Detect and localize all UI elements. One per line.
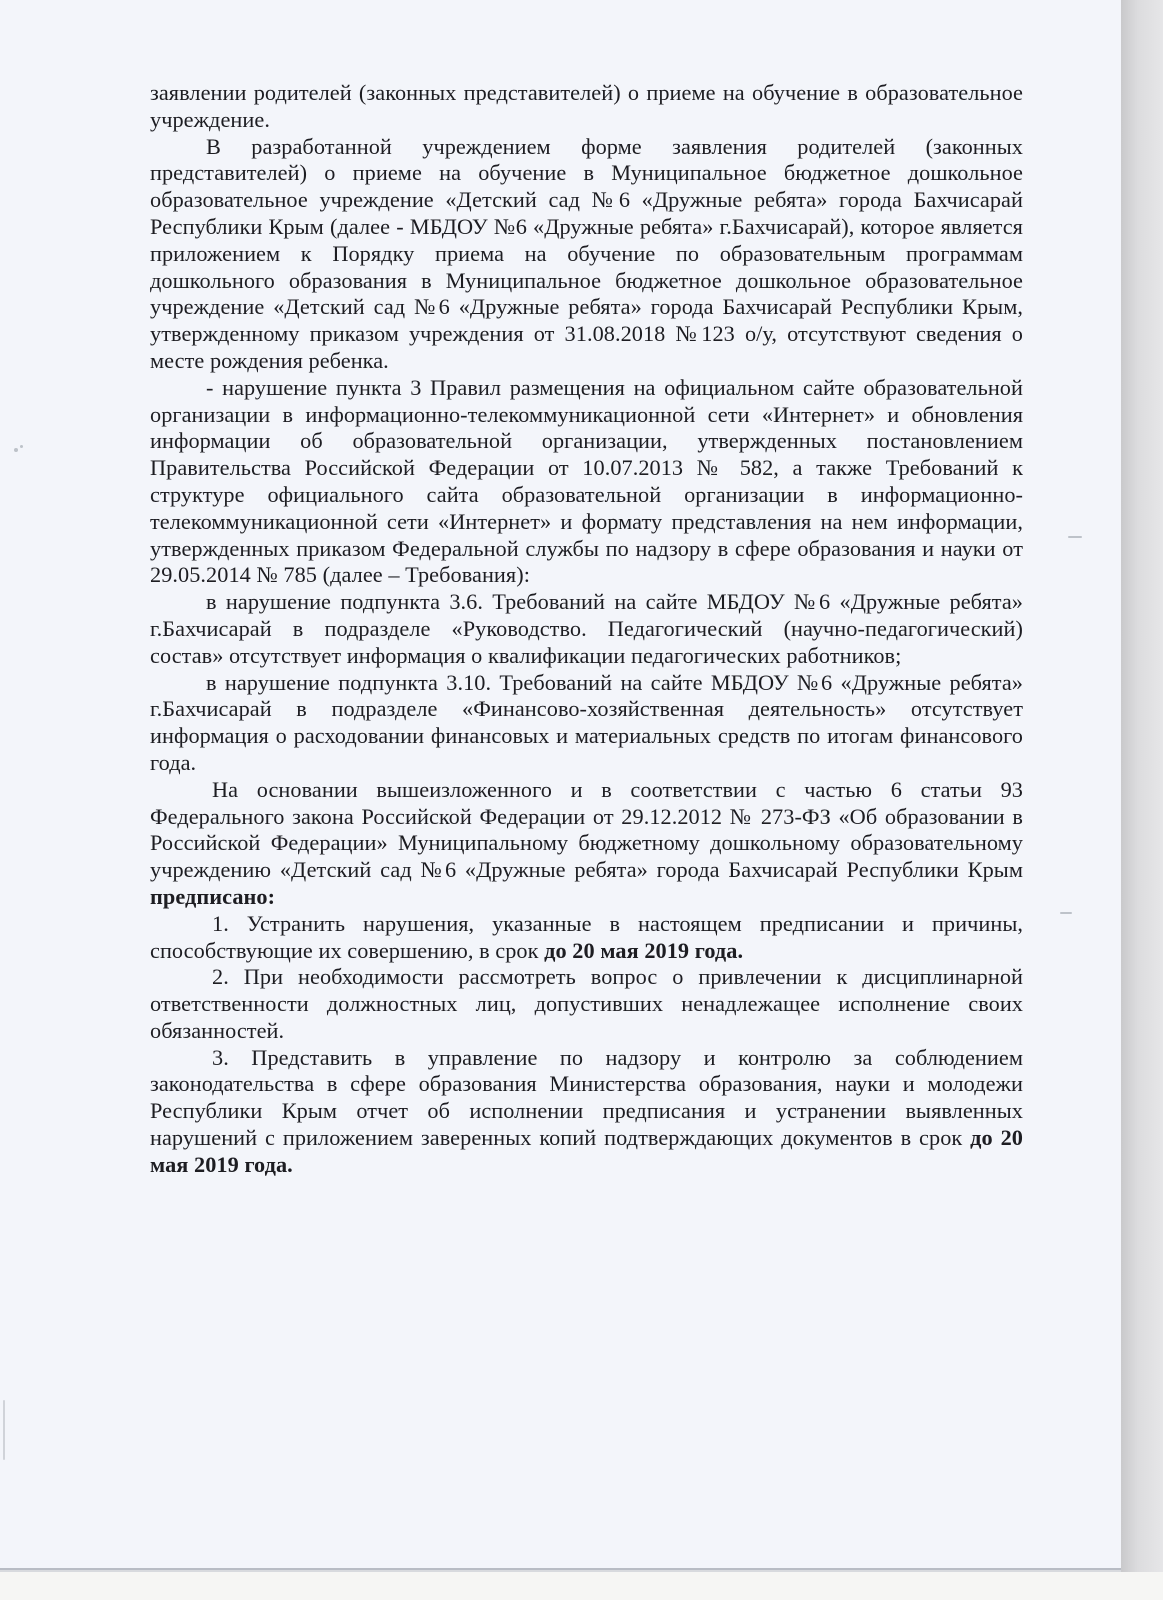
paragraph-item-2: 2. При необходимости рассмотреть вопрос … [150, 964, 1023, 1044]
paragraph-text: В разработанной учреждением форме заявле… [150, 134, 1023, 373]
paragraph-text: - нарушение пункта 3 Правил размещения н… [150, 375, 1023, 588]
scan-speck [20, 445, 23, 448]
paragraph-item-3: 3. Представить в управление по надзору и… [150, 1045, 1023, 1179]
paragraph-text: в нарушение подпункта 3.10. Требований н… [150, 670, 1023, 775]
paragraph-text: в нарушение подпункта 3.6. Требований на… [150, 589, 1023, 668]
paragraph-item-1: 1. Устранить нарушения, указанные в наст… [150, 911, 1023, 965]
paragraph-text: 2. При необходимости рассмотреть вопрос … [150, 964, 1023, 1043]
paragraph-application-form-violation: В разработанной учреждением форме заявле… [150, 134, 1023, 375]
prescribed-label: предписано: [150, 884, 275, 909]
paragraph-website-rules-violation: - нарушение пункта 3 Правил размещения н… [150, 375, 1023, 589]
document-page: заявлении родителей (законных представит… [0, 0, 1121, 1570]
page-edge-shadow [1121, 0, 1163, 1572]
paragraph-text: На основании вышеизложенного и в соответ… [150, 777, 1023, 882]
deadline-date: до 20 мая 2019 года. [544, 938, 743, 963]
document-body: заявлении родителей (законных представит… [150, 80, 1023, 1179]
paragraph-application-continuation: заявлении родителей (законных представит… [150, 80, 1023, 134]
paragraph-text: заявлении родителей (законных представит… [150, 80, 1023, 132]
paragraph-basis-prescribed: На основании вышеизложенного и в соответ… [150, 777, 1023, 911]
scan-speck [14, 448, 18, 452]
scan-speck [3, 1400, 5, 1460]
paragraph-text: 3. Представить в управление по надзору и… [150, 1045, 1023, 1150]
paragraph-subclause-3-10: в нарушение подпункта 3.10. Требований н… [150, 670, 1023, 777]
paragraph-subclause-3-6: в нарушение подпункта 3.6. Требований на… [150, 589, 1023, 669]
scan-speck [1068, 536, 1082, 538]
scan-speck [1060, 912, 1072, 914]
